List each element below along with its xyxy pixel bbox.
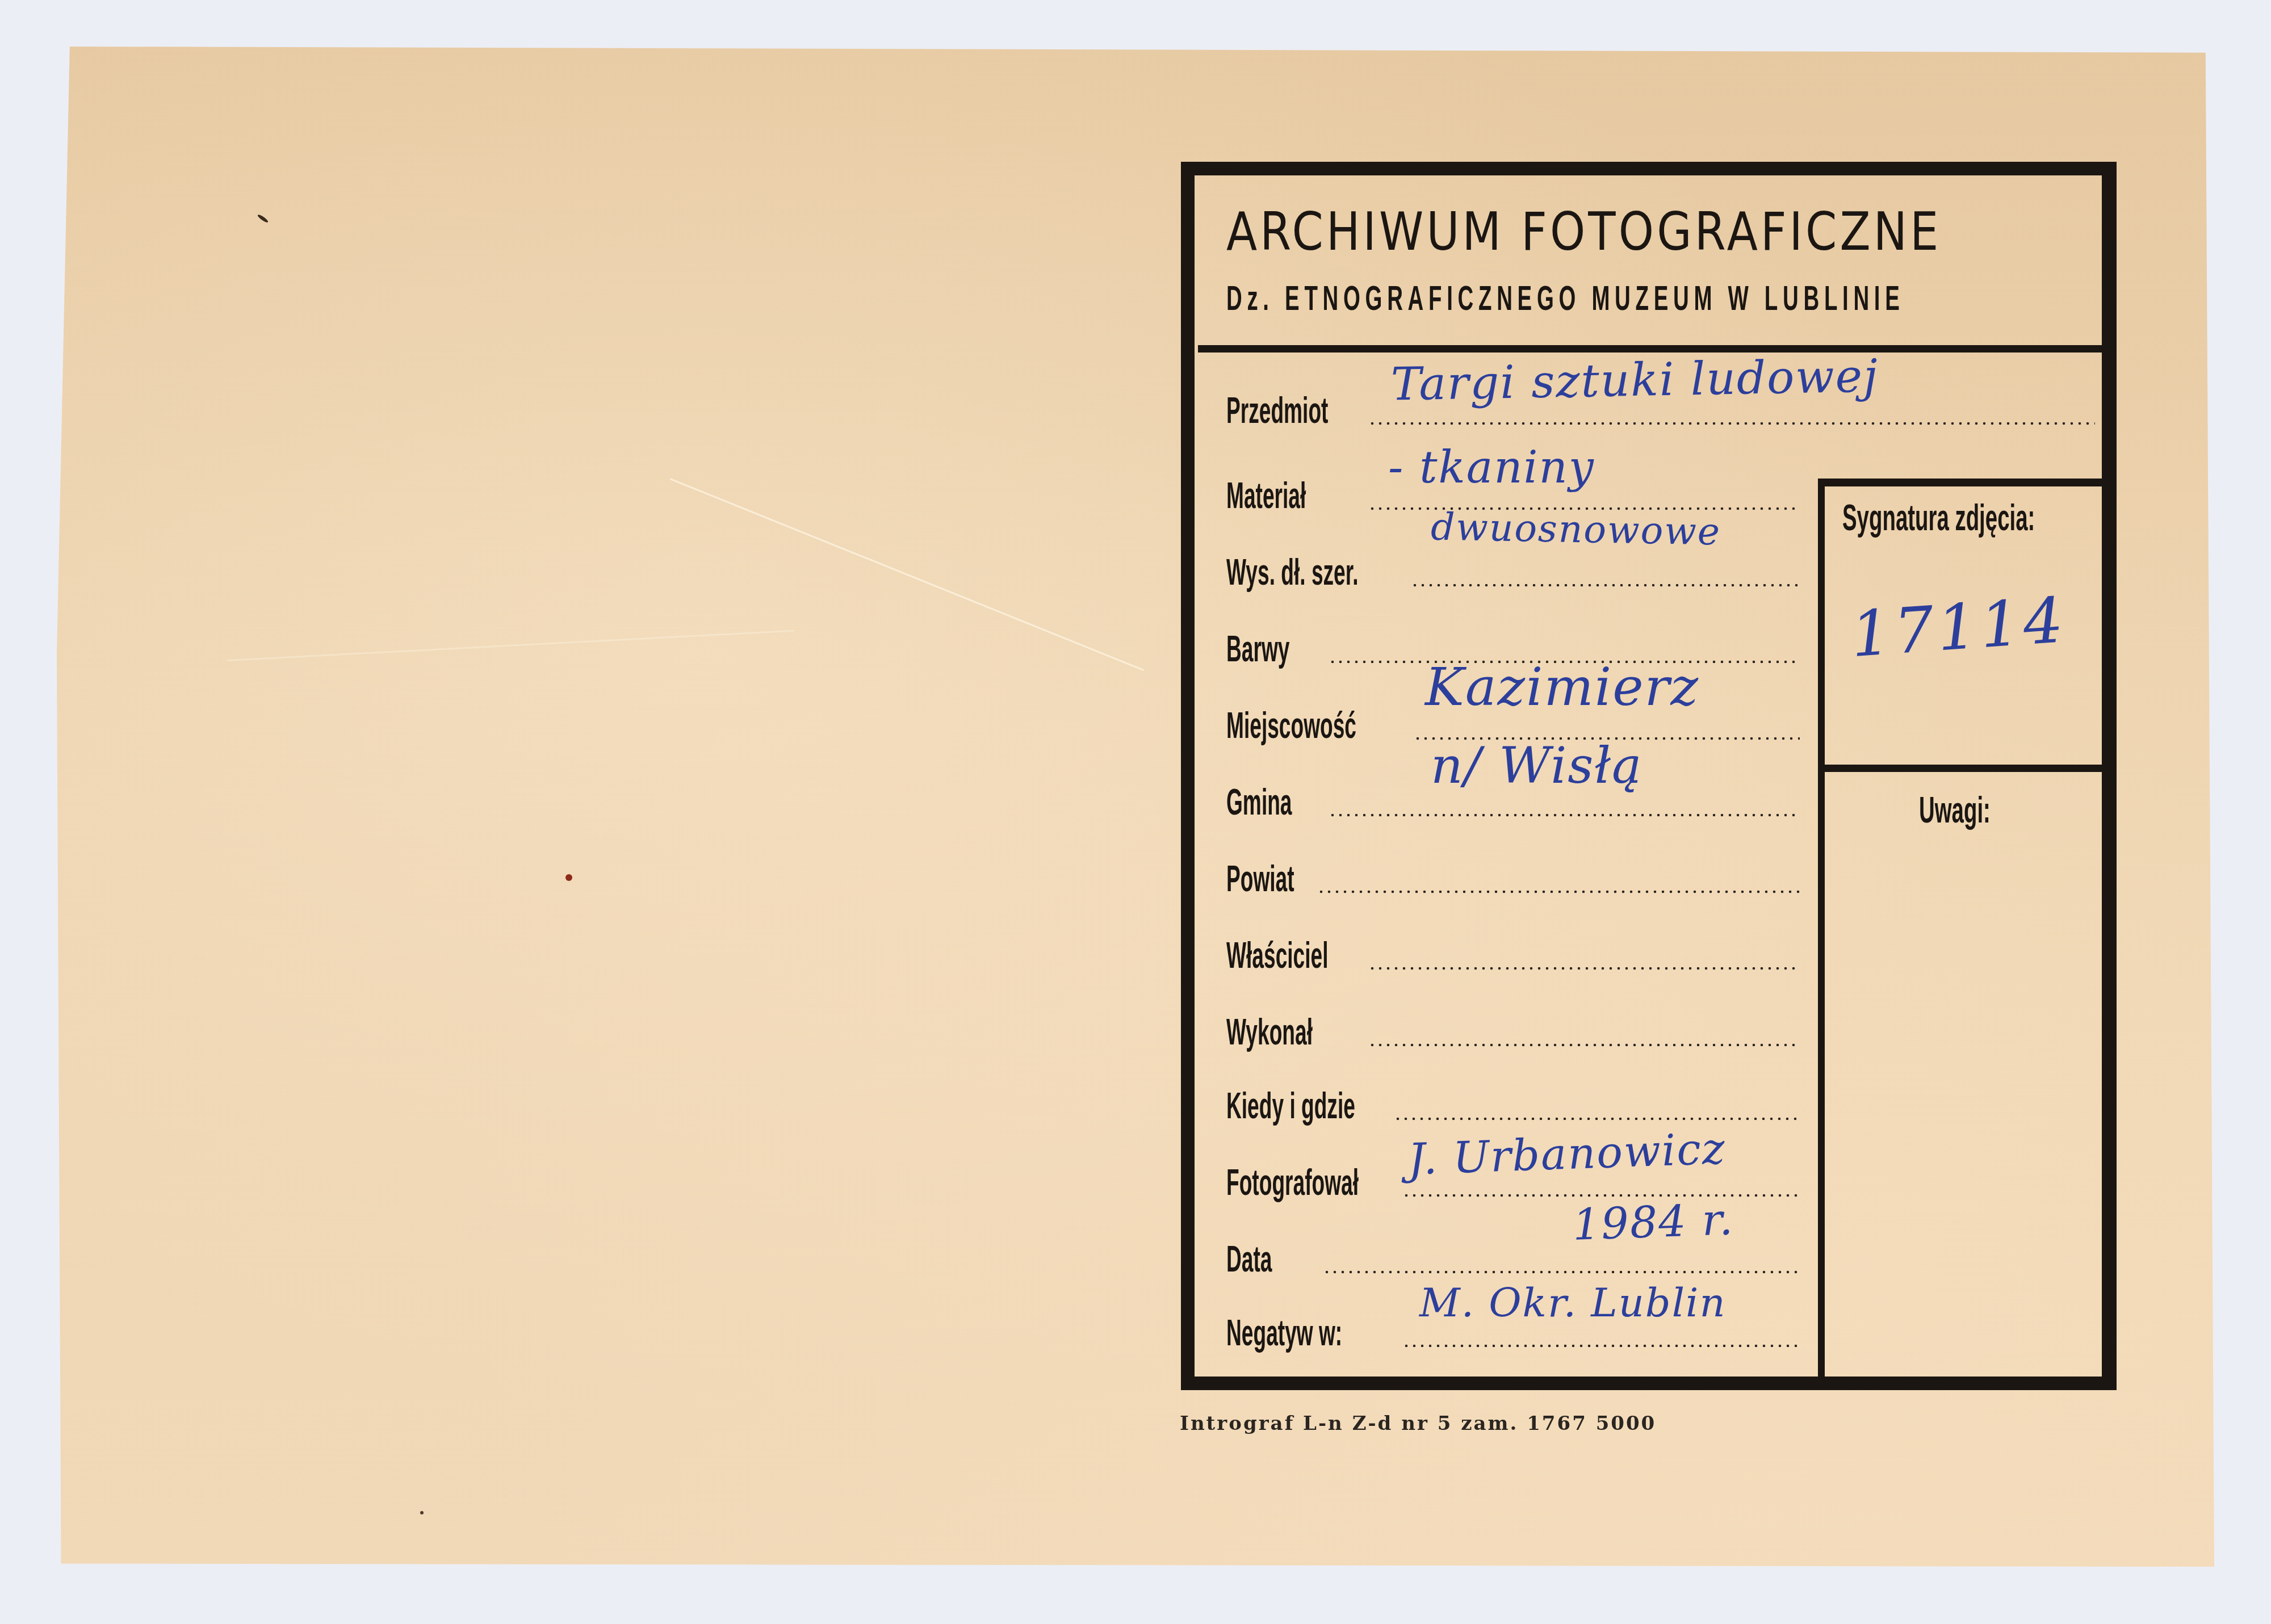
dotted-line — [1411, 584, 1800, 587]
signature-number: 17114 — [1849, 589, 2069, 666]
dotted-line — [1368, 422, 2095, 425]
field-label: Barwy — [1226, 631, 1289, 667]
field-wlasciciel: Właściciel — [1226, 922, 1800, 973]
header-divider — [1198, 345, 2102, 353]
handwritten-material-1: - tkaniny — [1388, 446, 1595, 490]
handwritten-material-2: dwuosnowowe — [1430, 509, 1721, 551]
field-label: Właściciel — [1226, 937, 1329, 973]
red-stain — [565, 874, 572, 881]
form-title: ARCHIWUM FOTOGRAFICZNE — [1226, 202, 1978, 262]
handwritten-miejscowosc: Kazimierz — [1425, 661, 1699, 714]
field-label: Materiał — [1226, 477, 1306, 514]
ink-speck — [257, 213, 269, 224]
frame-bottom — [1185, 1377, 2117, 1390]
field-label: Miejscowość — [1226, 707, 1356, 744]
field-wykonal: Wykonał — [1226, 999, 1800, 1050]
sidebar-mid-line — [1825, 765, 2102, 772]
field-label: Wykonał — [1226, 1014, 1313, 1050]
archive-form: ARCHIWUM FOTOGRAFICZNE Dz. ETNOGRAFICZNE… — [1181, 162, 2117, 1390]
handwritten-fotografowal: J. Urbanowicz — [1407, 1127, 1727, 1181]
handwritten-negatyw: M. Okr. Lublin — [1419, 1283, 1727, 1323]
field-label: Kiedy i gdzie — [1226, 1088, 1355, 1124]
frame-right — [2102, 162, 2117, 1390]
sidebar-top-line — [1820, 479, 2104, 486]
handwritten-przedmiot: Targi sztuki ludowej — [1390, 354, 1879, 408]
handwritten-data: 1984 r. — [1572, 1198, 1734, 1247]
field-label: Przedmiot — [1226, 392, 1328, 429]
printer-imprint: Intrograf L-n Z-d nr 5 zam. 1767 5000 — [1180, 1412, 1656, 1435]
field-label: Data — [1226, 1241, 1272, 1277]
dotted-line — [1394, 1117, 1800, 1121]
frame-top — [1181, 162, 2117, 175]
dotted-line — [1317, 890, 1800, 893]
field-label: Gmina — [1226, 784, 1292, 820]
paper-crease — [669, 478, 1144, 671]
dotted-line — [1368, 1043, 1800, 1047]
dotted-line — [1329, 813, 1800, 817]
field-label: Powiat — [1226, 861, 1294, 897]
dotted-line — [1402, 1194, 1800, 1197]
field-powiat: Powiat — [1226, 846, 1800, 897]
handwritten-gmina: n/ Wisłą — [1431, 741, 1643, 791]
signature-label: Sygnatura zdjęcia: — [1842, 497, 2035, 539]
field-label: Fotografował — [1226, 1164, 1359, 1201]
frame-left — [1181, 175, 1195, 1390]
field-label: Negatyw w: — [1226, 1315, 1342, 1351]
paper-crease — [227, 630, 794, 661]
notes-label: Uwagi: — [1919, 789, 1991, 831]
ink-speck — [420, 1511, 424, 1514]
dotted-line — [1402, 1344, 1800, 1348]
field-label: Wys. dł. szer. — [1226, 554, 1358, 590]
sidebar-left-line — [1818, 479, 1825, 1381]
dotted-line — [1323, 1270, 1800, 1274]
field-kiedy-i-gdzie: Kiedy i gdzie — [1226, 1073, 1800, 1124]
dotted-line — [1368, 967, 1800, 970]
form-subtitle: Dz. ETNOGRAFICZNEGO MUZEUM W LUBLINIE — [1226, 278, 1905, 318]
